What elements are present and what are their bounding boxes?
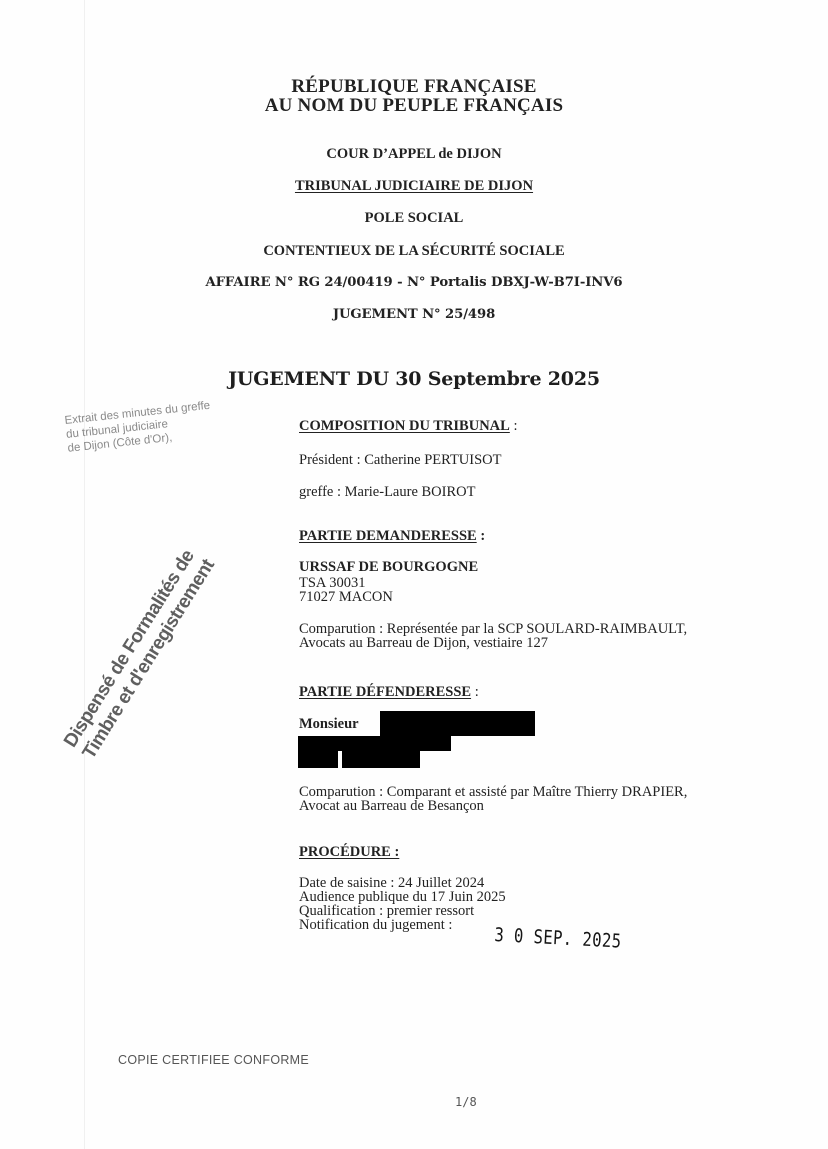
defenderesse-title-colon: :	[471, 684, 479, 700]
procedure-title: PROCÉDURE :	[299, 844, 799, 861]
dispense-line: Dispensé de Formalités de	[60, 544, 201, 751]
demanderesse-name: URSSAF DE BOURGOGNE	[299, 559, 799, 576]
header-tribunal: TRIBUNAL JUDICIAIRE DE DIJON	[0, 178, 828, 195]
header-republique: RÉPUBLIQUE FRANÇAISE	[0, 77, 828, 96]
composition-president: Président : Catherine PERTUISOT	[299, 452, 799, 469]
demanderesse-address2: 71027 MACON	[299, 591, 799, 604]
demanderesse-comparution2: Avocats au Barreau de Dijon, vestiaire 1…	[299, 637, 799, 650]
dispense-line: Timbre et d'enregistrement	[79, 556, 220, 763]
composition-title-colon: :	[510, 418, 518, 434]
defenderesse-title: PARTIE DÉFENDERESSE :	[299, 684, 799, 701]
composition-greffe: greffe : Marie-Laure BOIROT	[299, 484, 799, 501]
redaction-block	[380, 711, 535, 736]
redaction-block	[298, 751, 338, 768]
procedure-title-text: PROCÉDURE :	[299, 844, 399, 860]
demanderesse-title-colon: :	[477, 528, 485, 544]
extrait-stamp: Extrait des minutes du greffe du tribuna…	[64, 399, 214, 456]
scan-edge	[84, 0, 85, 1149]
header-court: COUR D’APPEL de DIJON	[0, 146, 828, 163]
defenderesse-comparution2: Avocat au Barreau de Besançon	[299, 800, 799, 813]
page-number: 1/8	[455, 1095, 477, 1109]
header-jugement-num: JUGEMENT N° 25/498	[0, 307, 828, 322]
demanderesse-title-text: PARTIE DEMANDERESSE	[299, 528, 477, 544]
header-affaire: AFFAIRE N° RG 24/00419 - N° Portalis DBX…	[0, 275, 828, 290]
composition-title-text: COMPOSITION DU TRIBUNAL	[299, 418, 510, 434]
document-page: RÉPUBLIQUE FRANÇAISE AU NOM DU PEUPLE FR…	[0, 0, 828, 1149]
header-pole: POLE SOCIAL	[0, 210, 828, 227]
composition-title: COMPOSITION DU TRIBUNAL :	[299, 418, 799, 435]
jugement-date-title: JUGEMENT DU 30 Septembre 2025	[0, 368, 828, 390]
defenderesse-title-text: PARTIE DÉFENDERESSE	[299, 684, 471, 700]
redaction-block	[298, 736, 451, 751]
header-au-nom: AU NOM DU PEUPLE FRANÇAIS	[0, 96, 828, 115]
redaction-block	[342, 751, 420, 768]
copie-certifiee-stamp: COPIE CERTIFIEE CONFORME	[118, 1053, 309, 1067]
header-contentieux: CONTENTIEUX DE LA SÉCURITÉ SOCIALE	[0, 243, 828, 260]
defenderesse-name-prefix: Monsieur	[299, 716, 799, 733]
demanderesse-title: PARTIE DEMANDERESSE :	[299, 528, 799, 545]
